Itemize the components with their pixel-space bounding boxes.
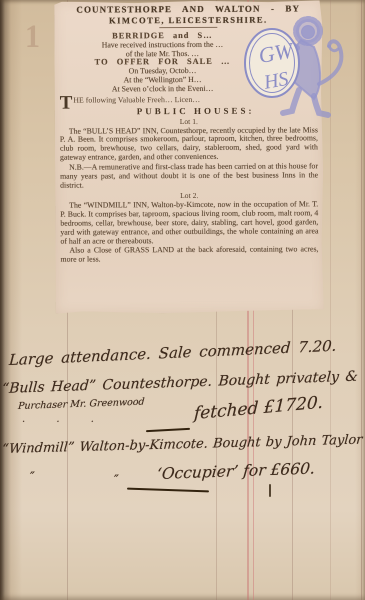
note-price-bulls-head: fetched £1720. <box>193 393 323 424</box>
note-ditto-mark-2: ″ <box>114 473 119 488</box>
note-bulls-head: “Bulls Head” Countesthorpe. Bought priva… <box>1 369 358 397</box>
drop-cap: T <box>60 95 73 110</box>
lion-rampant-icon: GW HS <box>235 6 362 126</box>
ink-underline-1 <box>146 428 190 432</box>
note-purchaser: Purchaser Mr. Greenwood <box>18 397 145 412</box>
grass-land-note: Also a Close of GRASS LAND at the back a… <box>60 246 318 265</box>
lot1-note: N.B.—A remunerative and first-class trad… <box>60 163 318 191</box>
lot2-description: The “WINDMILL” INN, Walton-by-Kimcote, n… <box>60 200 318 246</box>
gwhs-stamp: GW HS <box>235 6 362 126</box>
ink-underline-2 <box>127 488 209 493</box>
note-windmill: “Windmill” Walton-by-Kimcote. Bought by … <box>1 432 365 457</box>
pen-dots: · · · <box>22 417 108 428</box>
note-attendance: Large attendance. Sale commenced 7.20. <box>8 337 337 369</box>
headline-rule <box>159 27 217 28</box>
monogram-hs: HS <box>261 68 290 94</box>
lot1-description: The “BULL’S HEAD” INN, Countesthorpe, re… <box>60 126 318 163</box>
pen-tick <box>269 484 271 497</box>
note-ditto-mark-1: ″ <box>30 470 35 485</box>
scrapbook-page: 1 COUNTESTHORPE AND WALTON - BY KIMCOTE,… <box>0 0 365 600</box>
intro-line-text: HE following Valuable Freeh… Licen… <box>73 95 200 105</box>
page-number: 1 <box>25 18 40 55</box>
